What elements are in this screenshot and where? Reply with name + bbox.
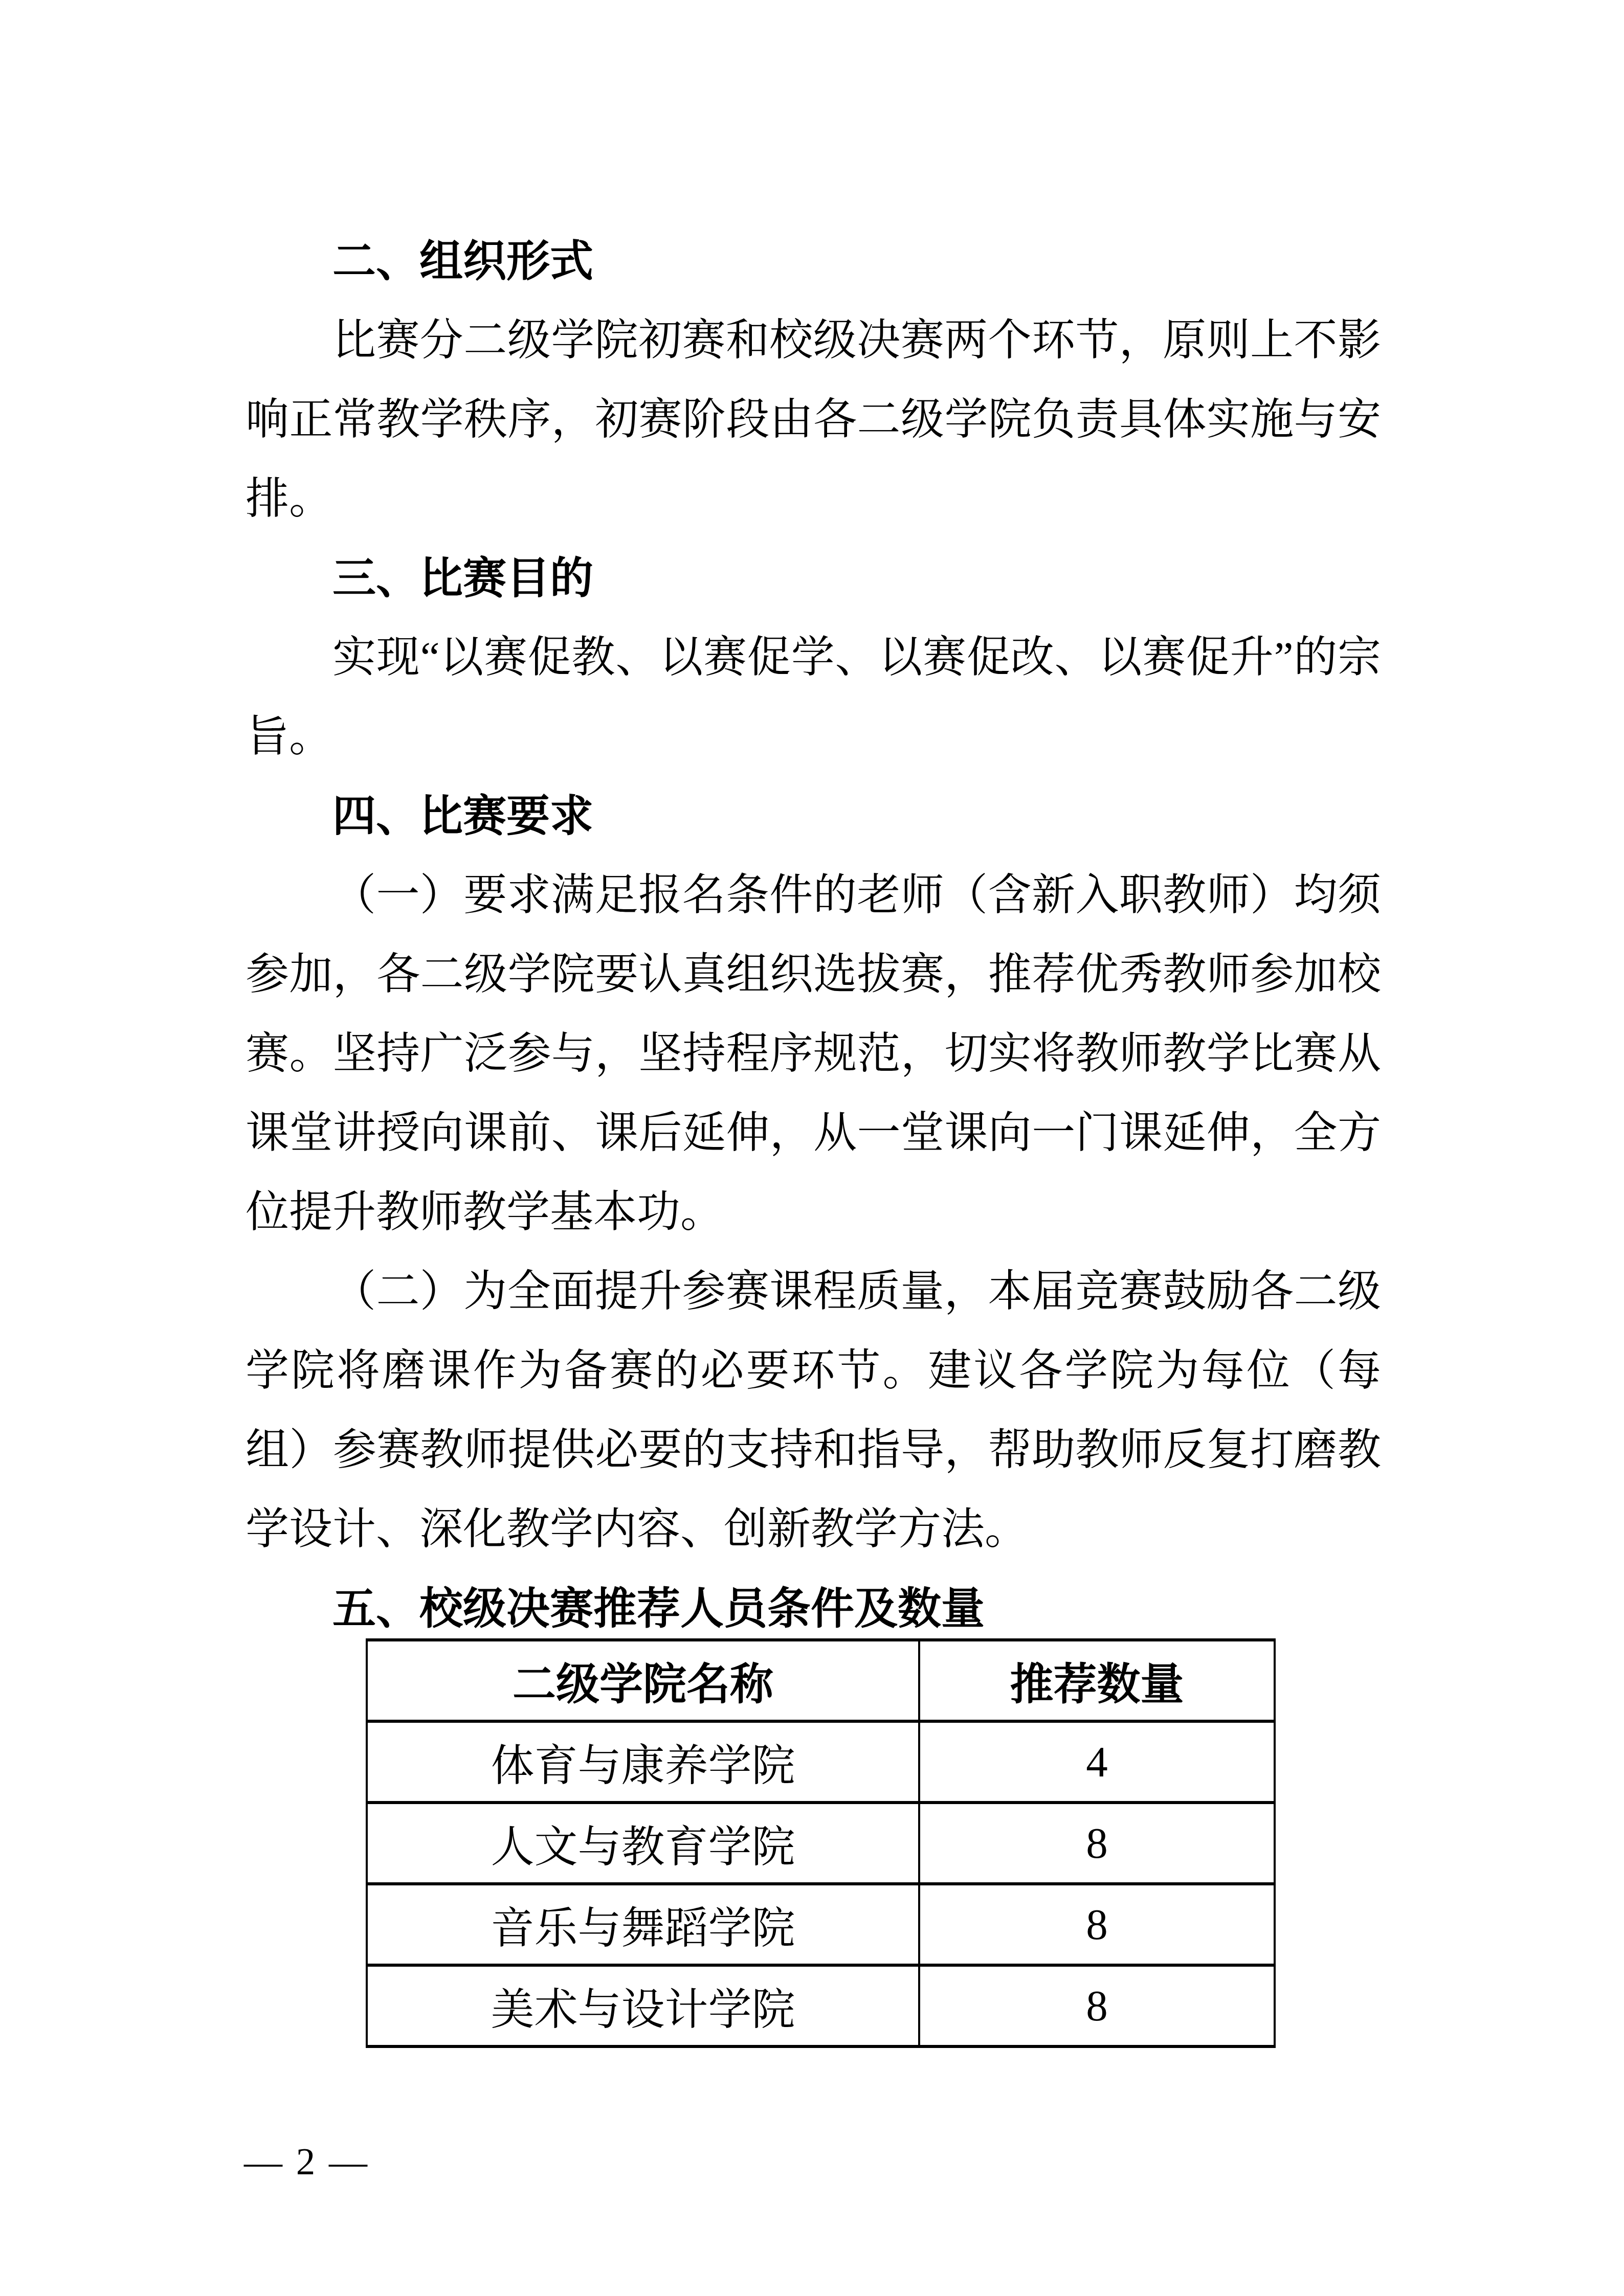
table-row: 人文与教育学院8 bbox=[367, 1803, 1275, 1884]
quota-cell: 8 bbox=[919, 1884, 1275, 1965]
college-name-cell: 人文与教育学院 bbox=[367, 1803, 919, 1884]
page-number: — 2 — bbox=[244, 2142, 369, 2182]
document-page: 二、组织形式比赛分二级学院初赛和校级决赛两个环节，原则上不影响正常教学秩序，初赛… bbox=[0, 0, 1624, 2296]
section-heading: 三、比赛目的 bbox=[246, 539, 1381, 618]
recommendation-table: 二级学院名称推荐数量 体育与康养学院4人文与教育学院8音乐与舞蹈学院8美术与设计… bbox=[366, 1638, 1276, 2048]
college-name-cell: 体育与康养学院 bbox=[367, 1721, 919, 1803]
quota-cell: 4 bbox=[919, 1721, 1275, 1803]
quota-cell: 8 bbox=[919, 1965, 1275, 2046]
body-paragraph: （一）要求满足报名条件的老师（含新入职教师）均须参加，各二级学院要认真组织选拔赛… bbox=[246, 856, 1381, 1252]
body-paragraph: （二）为全面提升参赛课程质量，本届竞赛鼓励各二级学院将磨课作为备赛的必要环节。建… bbox=[246, 1252, 1381, 1569]
table-row: 音乐与舞蹈学院8 bbox=[367, 1884, 1275, 1965]
section-heading: 五、校级决赛推荐人员条件及数量 bbox=[246, 1569, 1381, 1649]
table-header-cell: 二级学院名称 bbox=[367, 1640, 919, 1721]
table-header-row: 二级学院名称推荐数量 bbox=[367, 1640, 1275, 1721]
table-body: 体育与康养学院4人文与教育学院8音乐与舞蹈学院8美术与设计学院8 bbox=[367, 1721, 1275, 2046]
section-heading: 四、比赛要求 bbox=[246, 777, 1381, 856]
body-paragraph: 比赛分二级学院初赛和校级决赛两个环节，原则上不影响正常教学秩序，初赛阶段由各二级… bbox=[246, 301, 1381, 539]
table-header-cell: 推荐数量 bbox=[919, 1640, 1275, 1721]
body-paragraph: 实现“以赛促教、以赛促学、以赛促改、以赛促升”的宗旨。 bbox=[246, 618, 1381, 777]
table-header: 二级学院名称推荐数量 bbox=[367, 1640, 1275, 1721]
quota-cell: 8 bbox=[919, 1803, 1275, 1884]
document-body: 二、组织形式比赛分二级学院初赛和校级决赛两个环节，原则上不影响正常教学秩序，初赛… bbox=[246, 222, 1381, 1649]
table-row: 体育与康养学院4 bbox=[367, 1721, 1275, 1803]
college-name-cell: 音乐与舞蹈学院 bbox=[367, 1884, 919, 1965]
table-row: 美术与设计学院8 bbox=[367, 1965, 1275, 2046]
college-name-cell: 美术与设计学院 bbox=[367, 1965, 919, 2046]
section-heading: 二、组织形式 bbox=[246, 222, 1381, 301]
